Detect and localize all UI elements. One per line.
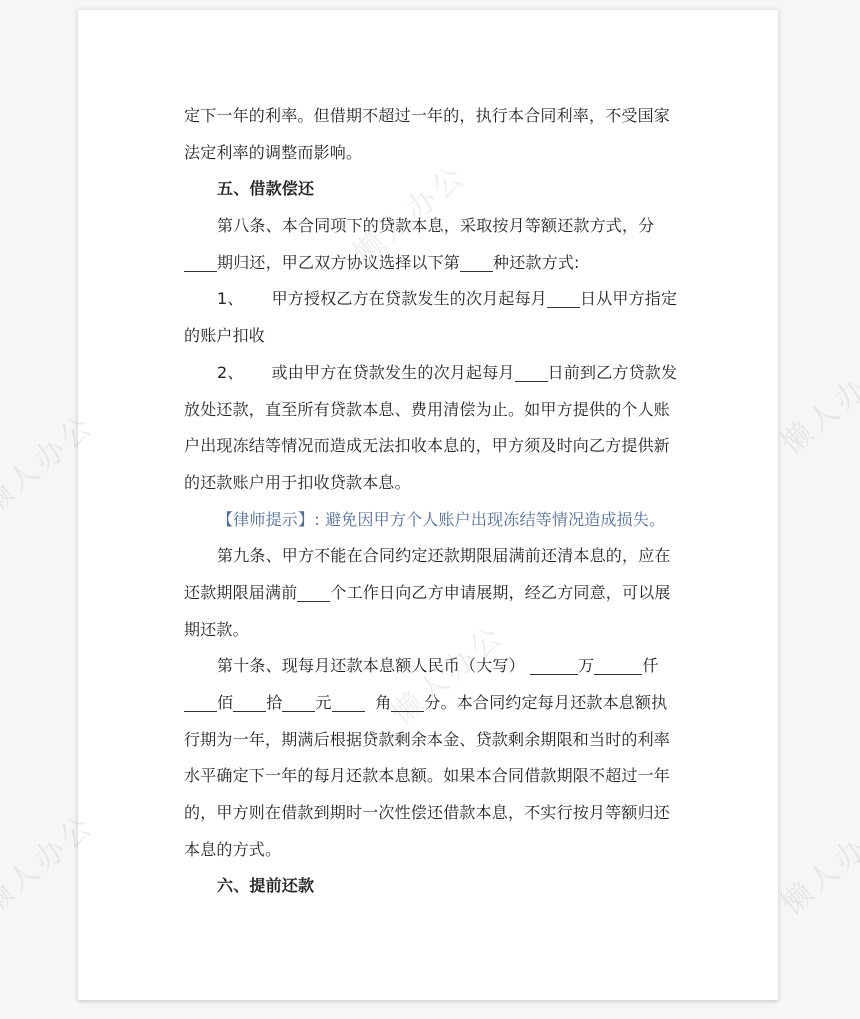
- text: 角: [375, 693, 391, 712]
- blank-field-day[interactable]: [547, 289, 580, 308]
- option-number: 1、: [217, 289, 244, 308]
- text: 仟: [642, 656, 658, 675]
- article-9-line: 期还款。: [184, 612, 680, 649]
- watermark: 懒人办公: [0, 801, 102, 922]
- option-2-line: 放处还款，直至所有贷款本息、费用清偿为止。如甲方提供的个人账: [184, 392, 680, 429]
- article-10-line: 行期为一年，期满后根据贷款剩余本金、贷款剩余期限和当时的利率: [184, 722, 680, 759]
- option-2-line: 2、或由甲方在贷款发生的次月起每月日前到乙方贷款发: [184, 355, 680, 392]
- article-10-line: 佰拾元 角分。本合同约定每月还款本息额执: [184, 685, 680, 722]
- text: 种还款方式:: [493, 253, 580, 272]
- blank-field-wan[interactable]: [530, 656, 578, 675]
- blank-field-shi[interactable]: [233, 693, 266, 712]
- article-10-line: 本息的方式。: [184, 832, 680, 869]
- text: 日前到乙方贷款发: [548, 363, 678, 382]
- document-page: 懒人办公 懒人办公 懒人办公 懒人办公 懒人办公 懒人办公 定下一年的利率。但借…: [78, 10, 778, 1000]
- option-2-line: 的还款账户用于扣收贷款本息。: [184, 465, 680, 502]
- section-heading-prepayment: 六、提前还款: [184, 868, 680, 905]
- blank-field-qian[interactable]: [594, 656, 642, 675]
- blank-field-day[interactable]: [515, 363, 548, 382]
- text: 还款期限届满前: [184, 583, 297, 602]
- section-heading-repayment: 五、借款偿还: [184, 171, 680, 208]
- option-1-line: 1、甲方授权乙方在贷款发生的次月起每月日从甲方指定: [184, 281, 680, 318]
- lawyer-tip-text: : 避免因甲方个人账户出现冻结等情况造成损失。: [314, 510, 665, 529]
- blank-field-method[interactable]: [460, 253, 493, 272]
- blank-field-bai[interactable]: [184, 693, 217, 712]
- watermark: 懒人办公: [770, 801, 860, 922]
- article-9-line: 第九条、甲方不能在合同约定还款期限届满前还清本息的，应在: [184, 538, 680, 575]
- text: 分。本合同约定每月还款本息额执: [424, 693, 667, 712]
- article-8-line: 第八条、本合同项下的贷款本息，采取按月等额还款方式，分: [184, 208, 680, 245]
- option-1-line: 的账户扣收: [184, 318, 680, 355]
- text: 日从甲方指定: [580, 289, 677, 308]
- paragraph-line: 定下一年的利率。但借期不超过一年的，执行本合同利率，不受国家: [184, 98, 680, 135]
- lawyer-tip-label: 【律师提示】: [217, 510, 314, 529]
- article-10-line: 水平确定下一年的每月还款本息额。如果本合同借款期限不超过一年: [184, 758, 680, 795]
- article-9-line: 还款期限届满前个工作日向乙方申请展期，经乙方同意，可以展: [184, 575, 680, 612]
- article-8-line: 期归还，甲乙双方协议选择以下第种还款方式:: [184, 245, 680, 282]
- article-10-line: 第十条、现每月还款本息额人民币（大写） 万仟: [184, 648, 680, 685]
- blank-field-workdays[interactable]: [297, 583, 330, 602]
- option-2-line: 户出现冻结等情况而造成无法扣收本息的，甲方须及时向乙方提供新: [184, 428, 680, 465]
- document-body: 定下一年的利率。但借期不超过一年的，执行本合同利率，不受国家 法定利率的调整而影…: [184, 98, 680, 905]
- paragraph-line: 法定利率的调整而影响。: [184, 135, 680, 172]
- blank-field-jiao[interactable]: [391, 693, 424, 712]
- text: 万: [578, 656, 594, 675]
- watermark: 懒人办公: [770, 341, 860, 462]
- article-10-line: 的，甲方则在借款到期时一次性偿还借款本息，不实行按月等额归还: [184, 795, 680, 832]
- lawyer-tip: 【律师提示】: 避免因甲方个人账户出现冻结等情况造成损失。: [184, 502, 680, 539]
- text: 拾: [266, 693, 282, 712]
- option-number: 2、: [217, 363, 244, 382]
- text: 个工作日向乙方申请展期，经乙方同意，可以展: [330, 583, 670, 602]
- text: 第十条、现每月还款本息额人民币（大写）: [217, 656, 525, 675]
- blank-field-yuan[interactable]: [282, 693, 315, 712]
- text: 期归还，甲乙双方协议选择以下第: [217, 253, 460, 272]
- blank-field-jiao-prefix[interactable]: [332, 693, 365, 712]
- text: 元: [315, 693, 331, 712]
- text: 佰: [217, 693, 233, 712]
- text: 或由甲方在贷款发生的次月起每月: [272, 363, 515, 382]
- text: 甲方授权乙方在贷款发生的次月起每月: [272, 289, 547, 308]
- blank-field-periods[interactable]: [184, 253, 217, 272]
- watermark: 懒人办公: [0, 401, 102, 522]
